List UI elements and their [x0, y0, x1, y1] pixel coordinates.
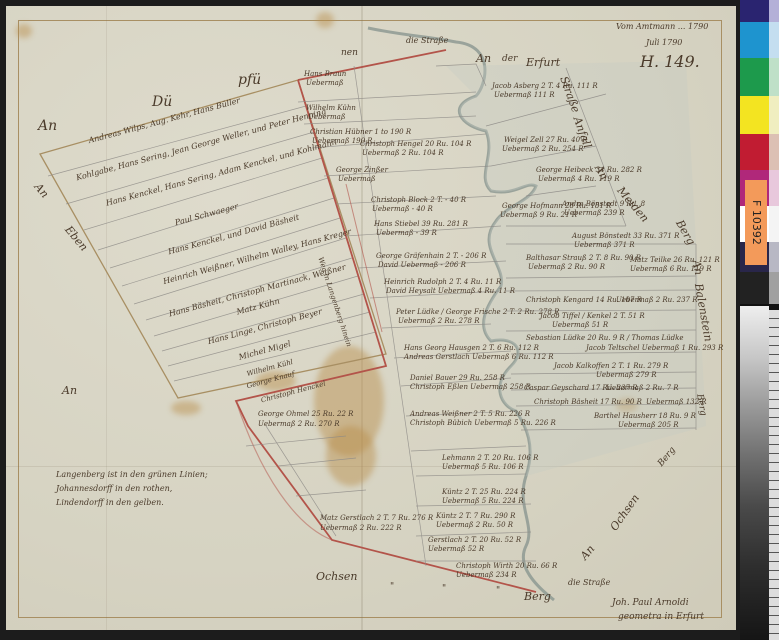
- parcel-measure: Uebermaß 279 R: [596, 371, 657, 379]
- parcel-measure: Uebermaß 2 Ru. 104 R: [362, 149, 444, 157]
- parcel-measure: Uebermaß 2 Ru. 222 R: [320, 524, 402, 532]
- border-label: die Straße: [406, 36, 448, 45]
- color-patch: [769, 242, 779, 272]
- parcel-measure: Uebermaß 371 R: [574, 241, 635, 249]
- parcel-measure: Uebermaß 132 R: [646, 398, 707, 406]
- border-label: ": [442, 584, 446, 594]
- color-patch: [769, 134, 779, 170]
- parcel-owner: George Gräfenhain 2 T. - 206 R: [376, 252, 486, 260]
- map-sheet: Vom Amtmann ... 1790 Juli 1790 H. 149. A…: [6, 6, 736, 630]
- color-patch: [740, 272, 769, 304]
- parcel-owner: Matz Teilke 26 Ru. 121 R: [630, 256, 720, 264]
- parcel-measure: Uebermaß 234 R: [456, 571, 517, 579]
- border-label: Ochsen: [316, 570, 358, 583]
- parcel-owner: Peter Lüdke / George Frische 2 T. 2 Ru. …: [396, 308, 559, 316]
- color-patch: [740, 134, 769, 170]
- parcel-measure: Uebermaß 2 Ru. 7 R: [606, 384, 679, 392]
- parcel-measure: Uebermaß 2 Ru. 254 R: [502, 145, 584, 153]
- parcel-owner: Christian Hübner 1 to 190 R: [310, 128, 411, 136]
- parcel-measure: Uebermaß 4 Ru. 119 R: [538, 175, 620, 183]
- border-label: ": [390, 582, 394, 592]
- color-patch: [769, 96, 779, 134]
- border-label: nen: [341, 48, 358, 58]
- parcel-owner: Heinrich Rudolph 2 T. 4 Ru. 11 R: [384, 278, 501, 286]
- parcel-owner: Hans Stiebel 39 Ru. 281 R: [374, 220, 468, 228]
- parcel-owner: August Bönstedt 33 Ru. 371 R: [572, 232, 679, 240]
- parcel-measure: Uebermaß 2 Ru. 237 R: [616, 296, 698, 304]
- parcel-owner: Küntz 2 T. 7 Ru. 290 R: [436, 512, 515, 520]
- color-patch: [740, 58, 769, 96]
- parcel-measure: Uebermaß 5 Ru. 106 R: [442, 463, 524, 471]
- parcel-measure: Uebermaß - 39 R: [376, 229, 437, 237]
- catalog-note-date: Juli 1790: [646, 38, 682, 47]
- parcel-owner: George Zinßer: [336, 166, 388, 174]
- color-patch: [740, 96, 769, 134]
- parcel-measure: Uebermaß 239 R: [564, 209, 625, 217]
- parcel-owner: Christoph Bäsheit 17 Ru. 90 R: [534, 398, 642, 406]
- border-label: Berg: [524, 590, 551, 603]
- color-patch: [769, 206, 779, 242]
- parcel-owner: Jacob Asberg 2 T. 4 Ru. 111 R: [492, 82, 598, 90]
- parcel-owner: Gerstlach 2 T. 20 Ru. 52 R: [428, 536, 521, 544]
- parcel-measure: David Heysalt Uebermaß 4 Ru. 11 R: [386, 287, 515, 295]
- color-calibration-strip: F 10392: [740, 0, 779, 640]
- border-label: die Straße: [568, 578, 610, 587]
- color-patch: [769, 170, 779, 206]
- parcel-owner: Christoph Hengel 20 Ru. 104 R: [360, 140, 471, 148]
- parcel-measure: Uebermaß: [308, 113, 346, 121]
- parcel-owner: George Heibeck 34 Ru. 282 R: [536, 166, 642, 174]
- color-patch: [769, 58, 779, 96]
- border-label: Erfurt: [526, 56, 560, 69]
- parcel-measure: Uebermaß 2 Ru. 50 R: [436, 521, 513, 529]
- parcel-measure: Uebermaß - 40 R: [372, 205, 433, 213]
- color-patch: [769, 0, 779, 22]
- legend-line: Lindendorff in den gelben.: [56, 498, 164, 507]
- grayscale-ramp: [740, 306, 769, 640]
- archive-tag: F 10392: [745, 180, 767, 265]
- color-patch: [740, 22, 769, 58]
- parcel-owner: Christoph Wirth 20 Ru. 66 R: [456, 562, 557, 570]
- parcel-measure: David Uebermaß - 206 R: [378, 261, 466, 269]
- surveyor-signature: Joh. Paul Arnoldi: [612, 598, 689, 608]
- parcel-owner: Sebastian Lüdke 20 Ru. 9 R / Thomas Lüdk…: [526, 334, 684, 342]
- color-patch: [740, 0, 769, 22]
- parcel-owner: Barthel Hausherr 18 Ru. 9 R: [594, 412, 696, 420]
- ruler-scale: [769, 310, 779, 640]
- parcel-measure: Uebermaß 111 R: [494, 91, 555, 99]
- border-label: An: [38, 118, 57, 134]
- parcel-owner: Hans Braun: [304, 70, 346, 78]
- parcel-measure: Christoph Eßlen Uebermaß 258 R: [410, 383, 531, 391]
- parcel-measure: Uebermaß: [306, 79, 344, 87]
- legend-line: Langenberg ist in den grünen Linien;: [56, 470, 208, 479]
- parcel-owner: Andreas Weißner 2 T. 5 Ru. 226 R: [410, 410, 530, 418]
- parcel-owner: Jacob Kalkoffen 2 T. 1 Ru. 279 R: [554, 362, 668, 370]
- parcel-owner: Matz Gerstlach 2 T. 7 Ru. 276 R: [320, 514, 433, 522]
- parcel-measure: Uebermaß 5 Ru. 224 R: [442, 497, 524, 505]
- parcel-owner: Christoph Block 2 T. - 40 R: [371, 196, 466, 204]
- parcel-measure: Uebermaß 6 Ru. 119 R: [630, 265, 712, 273]
- color-patch: [769, 22, 779, 58]
- border-label: An: [62, 384, 77, 397]
- parcel-owner: Andre Bönstedt 9 Ru. 8: [562, 200, 645, 208]
- border-label: der: [502, 54, 517, 64]
- parcel-owner: Weigel Zell 27 Ru. 40 R: [504, 136, 588, 144]
- parcel-owner: Jacob Tiffel / Kenkel 2 T. 51 R: [540, 312, 645, 320]
- border-label: pfü: [238, 72, 261, 88]
- parcel-measure: Andreas Gerstlach Uebermaß 6 Ru. 112 R: [404, 353, 554, 361]
- border-label: An: [476, 52, 491, 65]
- parcel-owner: Hans Georg Hausgen 2 T. 6 Ru. 112 R: [404, 344, 539, 352]
- catalog-note: Vom Amtmann ... 1790: [616, 22, 708, 31]
- parcel-owner: George Ohmel 25 Ru. 22 R: [258, 410, 353, 418]
- border-label: Dü: [152, 94, 172, 110]
- surveyor-title: geometra in Erfurt: [618, 612, 704, 622]
- parcel-owner: Daniel Bauer 29 Ru. 258 R: [410, 374, 505, 382]
- parcel-measure: Jacob Teltschel Uebermaß 1 Ru. 293 R: [586, 344, 723, 352]
- map-number: H. 149.: [640, 52, 700, 71]
- parcel-measure: Uebermaß: [338, 175, 376, 183]
- parcel-measure: Uebermaß 51 R: [552, 321, 608, 329]
- parcel-measure: Uebermaß 2 Ru. 270 R: [258, 420, 340, 428]
- parcel-measure: Uebermaß 2 Ru. 278 R: [398, 317, 480, 325]
- color-patch: [769, 272, 779, 304]
- parcel-owner: Balthasar Strauß 2 T. 8 Ru. 90 R: [526, 254, 641, 262]
- parcel-owner: Lehmann 2 T. 20 Ru. 106 R: [442, 454, 538, 462]
- parcel-measure: Uebermaß 52 R: [428, 545, 484, 553]
- parcel-measure: Uebermaß 205 R: [618, 421, 679, 429]
- parcel-measure: Christoph Bübich Uebermaß 5 Ru. 226 R: [410, 419, 556, 427]
- legend-line: Johannesdorff in den rothen,: [56, 484, 172, 493]
- parcel-owner: Wilhelm Kühn: [306, 104, 356, 112]
- parcel-owner: Küntz 2 T. 25 Ru. 224 R: [442, 488, 526, 496]
- parcel-measure: Uebermaß 2 Ru. 90 R: [528, 263, 605, 271]
- border-label: ": [496, 586, 500, 596]
